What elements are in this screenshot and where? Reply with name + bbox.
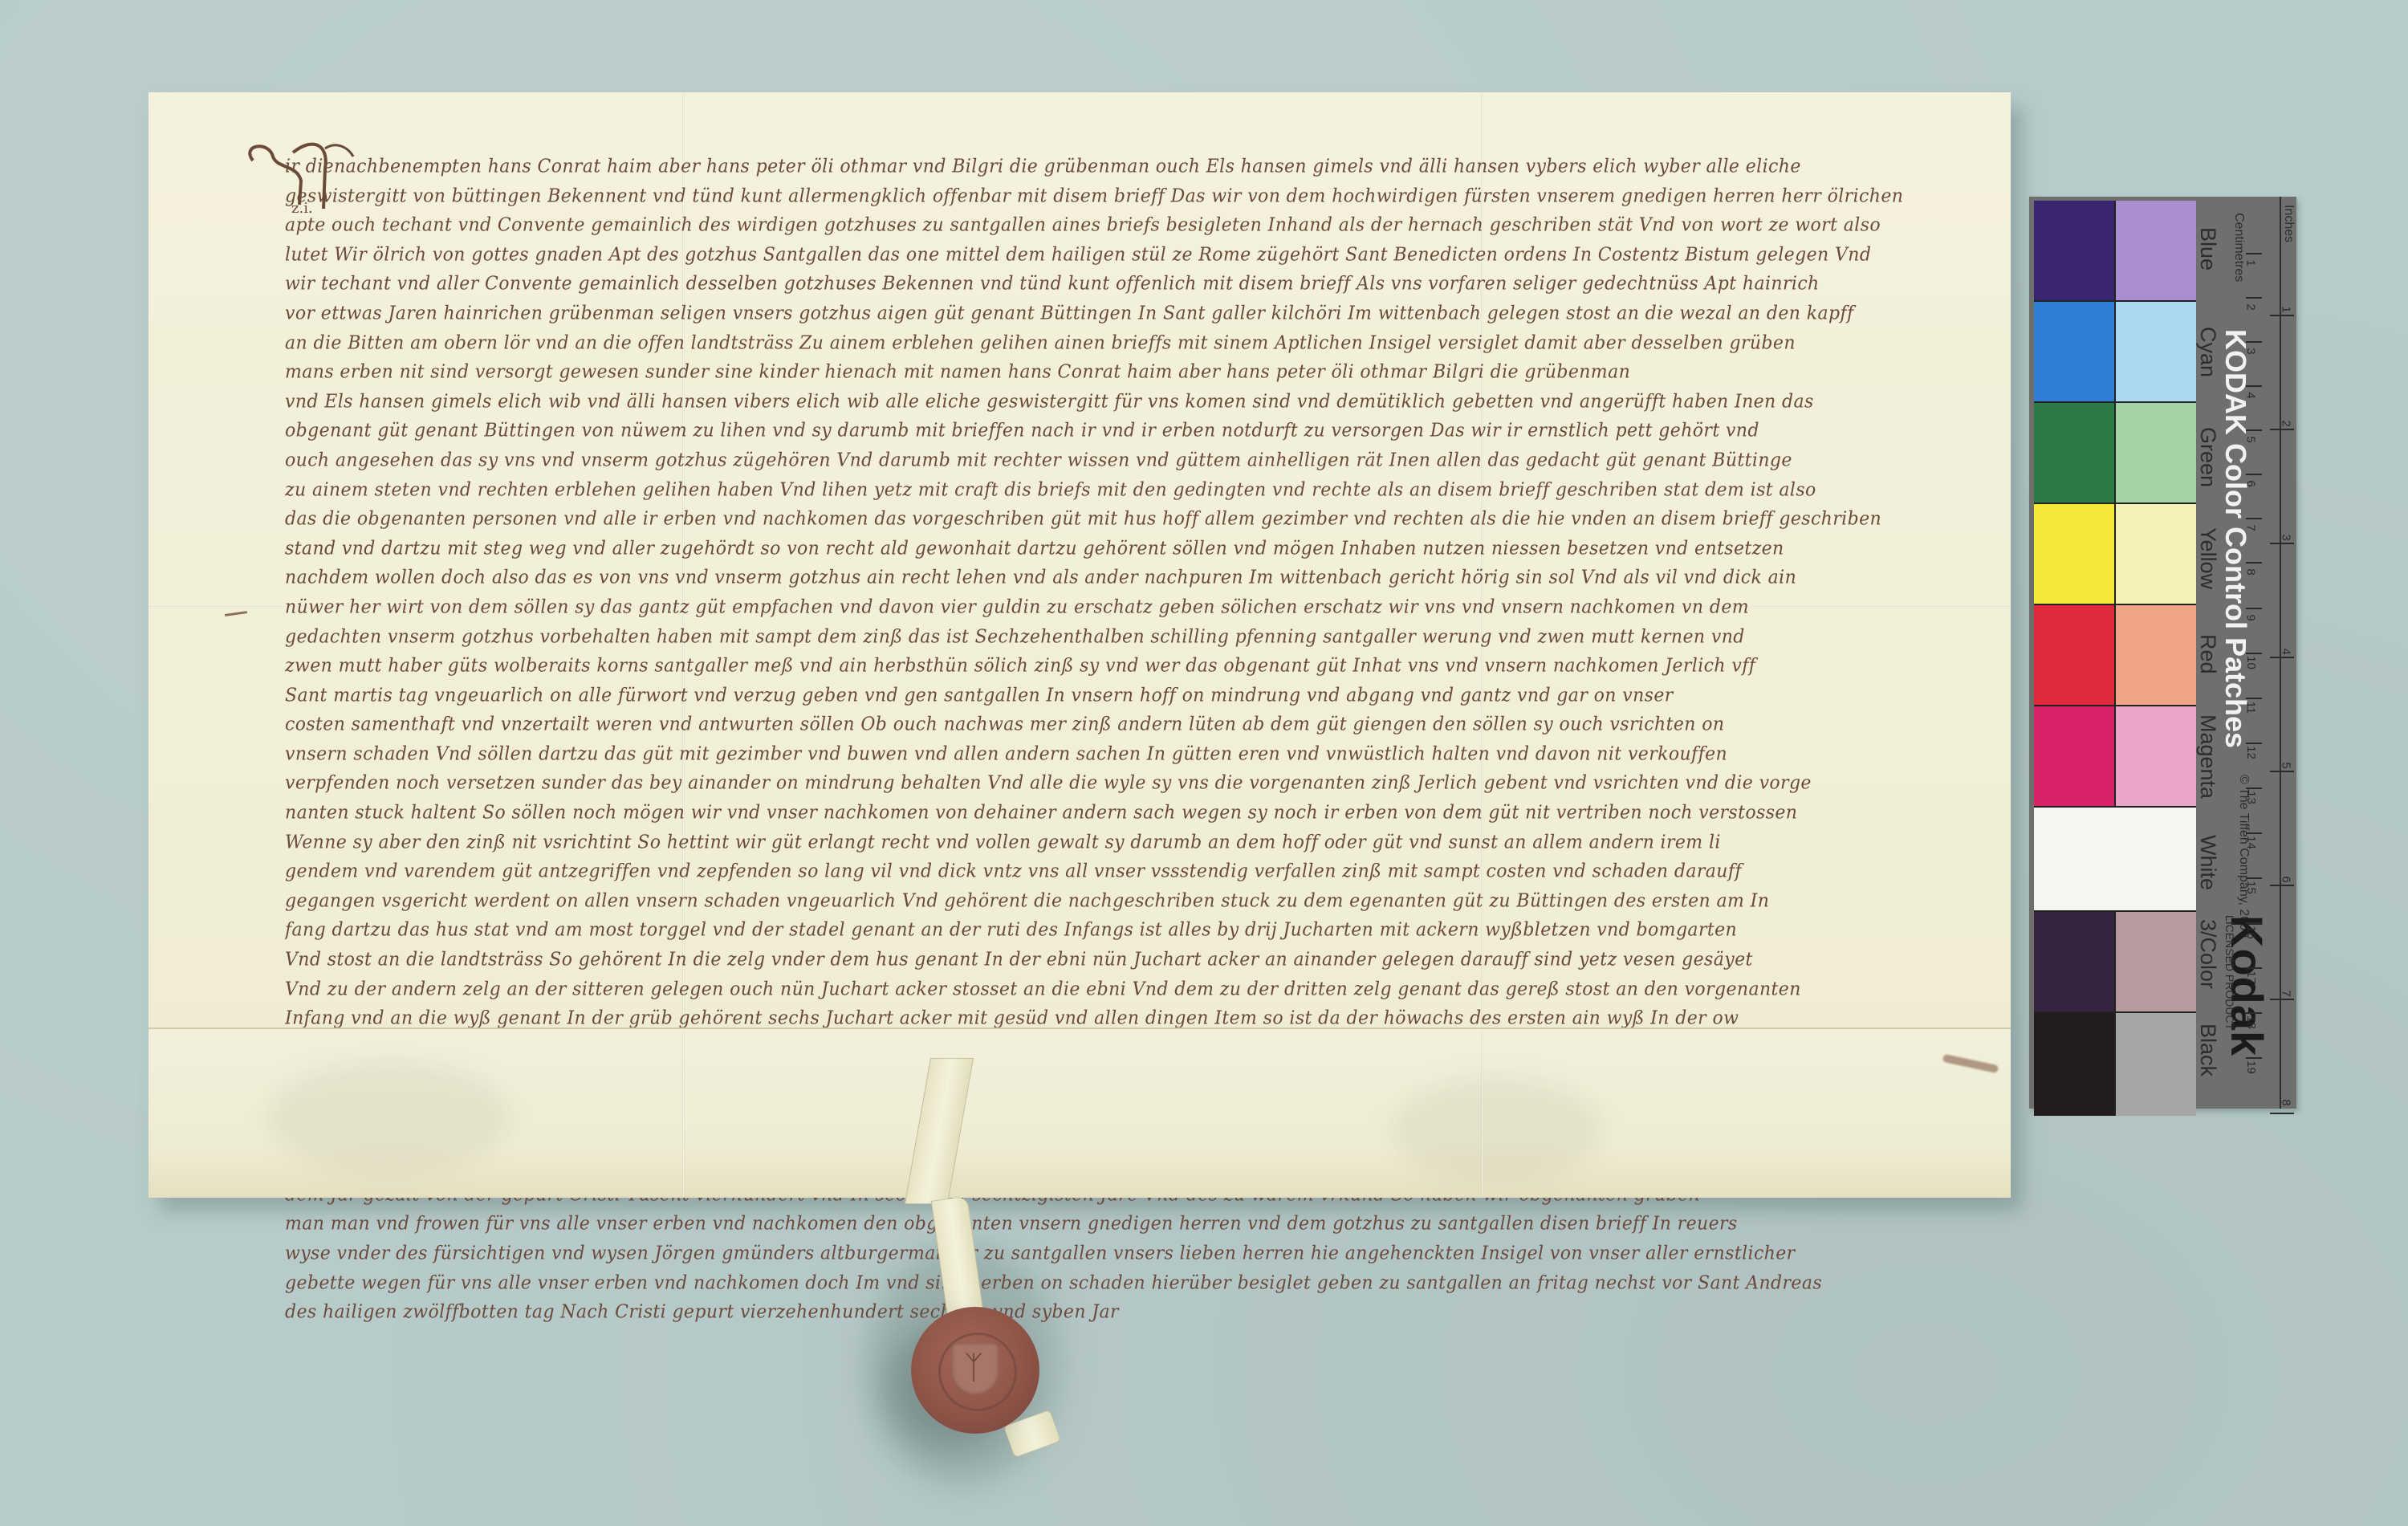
patch-yellow-light xyxy=(2116,504,2196,604)
charter-line: nanten stuck haltent So söllen noch möge… xyxy=(285,798,1967,828)
charter-line: gebette wegen für vns alle vnser erben v… xyxy=(285,1268,1967,1299)
cm-tick xyxy=(2246,877,2262,879)
cm-tick xyxy=(2246,608,2262,609)
cm-tick xyxy=(2246,967,2262,969)
cm-number: 12 xyxy=(2244,746,2258,759)
label-3color: 3/Color xyxy=(2195,919,2220,989)
patch-yellow-dark xyxy=(2034,504,2116,604)
inch-number: 6 xyxy=(2280,876,2293,882)
charter-line: man man vnd frowen für vns alle vnser er… xyxy=(285,1209,1967,1239)
patch-cyan-dark xyxy=(2034,302,2116,401)
inch-tick xyxy=(2270,657,2294,658)
charter-line: gegangen vsgericht werdent on allen vnse… xyxy=(285,886,1967,917)
label-magenta: Magenta xyxy=(2195,714,2220,799)
patch-blue-light xyxy=(2116,201,2196,300)
charter-line: zu ainem steten vnd rechten erblehen gel… xyxy=(285,475,1967,506)
patch-row-green xyxy=(2034,403,2196,504)
seal-device-icon: ᛉ xyxy=(964,1352,983,1384)
charter-line: ouch angesehen das sy vns vnd vnserm got… xyxy=(285,446,1967,476)
charter-line: gedachten vnserm gotzhus vorbehalten hab… xyxy=(285,622,1967,653)
kodak-color-card: Blue Cyan Green Yellow Red Magenta White… xyxy=(2029,197,2296,1109)
charter-line: verpfenden noch versetzen sunder das bey… xyxy=(285,769,1967,800)
charter-line: das die obgenanten personen vnd alle ir … xyxy=(285,504,1967,535)
charter-line: costen samenthaft vnd vnzertailt weren v… xyxy=(285,710,1967,740)
cm-tick xyxy=(2246,1012,2262,1014)
charter-line: vor ettwas Jaren hainrichen grübenman se… xyxy=(285,299,1967,329)
color-patches xyxy=(2034,201,2196,1116)
inch-number: 8 xyxy=(2280,1099,2293,1105)
label-red: Red xyxy=(2195,634,2220,674)
inch-number: 1 xyxy=(2280,306,2293,312)
cm-number: 7 xyxy=(2244,524,2258,531)
patch-row-blue xyxy=(2034,201,2196,302)
cm-number: 18 xyxy=(2244,1015,2258,1029)
charter-line: stand vnd dartzu mit steg weg vnd aller … xyxy=(285,534,1967,564)
inch-number: 7 xyxy=(2280,990,2293,996)
cm-tick xyxy=(2246,698,2262,699)
label-yellow: Yellow xyxy=(2195,527,2220,589)
cm-tick xyxy=(2246,922,2262,924)
cm-number: 14 xyxy=(2244,836,2258,849)
label-cyan: Cyan xyxy=(2195,327,2220,377)
inch-number: 5 xyxy=(2280,762,2293,768)
patch-black-dark xyxy=(2034,1013,2116,1116)
cm-tick xyxy=(2246,653,2262,654)
charter-line: nachdem wollen doch also das es von vns … xyxy=(285,563,1967,593)
label-black: Black xyxy=(2195,1023,2220,1076)
patch-black-light xyxy=(2116,1013,2196,1116)
cm-number: 8 xyxy=(2244,568,2258,575)
cm-tick xyxy=(2246,385,2262,387)
charter-line: apte ouch techant vnd Convente gemainlic… xyxy=(285,210,1967,241)
stain xyxy=(269,1061,510,1174)
cm-number: 3 xyxy=(2244,348,2258,354)
charter-line: vnd Els hansen gimels elich wib vnd älli… xyxy=(285,387,1967,417)
charter-line: nüwer her wirt von dem söllen sy das gan… xyxy=(285,592,1967,623)
label-centimetres: Centimetres xyxy=(2231,213,2246,282)
label-green: Green xyxy=(2195,427,2220,487)
cm-number: 15 xyxy=(2244,881,2258,894)
charter-line: Vnd stost an die landtsträss So gehörent… xyxy=(285,945,1967,975)
patch-cyan-light xyxy=(2116,302,2196,401)
inch-number: 4 xyxy=(2280,648,2293,654)
charter-line: ir dienachbenempten hans Conrat haim abe… xyxy=(285,152,1967,182)
stain xyxy=(1393,1077,1601,1182)
cm-number: 19 xyxy=(2244,1060,2258,1074)
cm-tick xyxy=(2246,743,2262,744)
cm-number: 9 xyxy=(2244,614,2258,621)
label-white: White xyxy=(2195,835,2220,890)
ink-smear xyxy=(1942,1054,1999,1073)
charter-line: zwen mutt haber güts wolberaits korns sa… xyxy=(285,651,1967,682)
licensed-product: LICENSED PRODUCT xyxy=(2223,915,2236,1030)
charter-line: geswistergitt von büttingen Bekennent vn… xyxy=(285,181,1967,212)
charter-line: des hailigen zwölffbotten tag Nach Crist… xyxy=(285,1297,1168,1328)
patch-magenta-dark xyxy=(2034,706,2116,806)
patch-red-dark xyxy=(2034,605,2116,705)
charter-line: gendem vnd varendem güt antzegriffen vnd… xyxy=(285,857,1967,887)
patch-3color-dark xyxy=(2034,912,2116,1011)
inch-number: 3 xyxy=(2280,534,2293,540)
inch-tick xyxy=(2270,429,2294,430)
charter-line: wyse vnder des fürsichtigen vnd wysen Jö… xyxy=(285,1239,1967,1269)
charter-line: vnsern schaden Vnd söllen dartzu das güt… xyxy=(285,739,1967,770)
inch-number: 2 xyxy=(2280,420,2293,426)
charter-line: mans erben nit sind versorgt gewesen sun… xyxy=(285,357,1967,388)
wax-seal: ᛉ xyxy=(911,1307,1039,1434)
cm-number: 11 xyxy=(2243,702,2257,714)
inch-tick xyxy=(2270,885,2294,886)
cm-tick xyxy=(2246,253,2262,254)
cm-tick xyxy=(2246,1057,2262,1059)
cm-tick xyxy=(2246,429,2262,431)
inch-tick xyxy=(2270,999,2294,1000)
cm-number: 13 xyxy=(2244,791,2258,804)
margin-mark xyxy=(225,611,247,617)
vertical-fold xyxy=(1481,1029,1483,1198)
cm-number: 1 xyxy=(2244,259,2258,266)
cm-number: 17 xyxy=(2244,971,2258,984)
patch-row-yellow xyxy=(2034,504,2196,605)
cm-tick xyxy=(2246,297,2262,299)
label-blue: Blue xyxy=(2195,227,2220,271)
patch-row-black xyxy=(2034,1013,2196,1116)
inch-tick xyxy=(2270,771,2294,772)
patch-red-light xyxy=(2116,605,2196,705)
charter-line: wir techant vnd aller Convente gemainlic… xyxy=(285,269,1967,299)
charter-line: Sant martis tag vngeuarlich on alle fürw… xyxy=(285,681,1967,711)
patch-green-light xyxy=(2116,403,2196,503)
cm-number: 6 xyxy=(2244,480,2258,486)
patch-row-magenta xyxy=(2034,706,2196,808)
charter-line: Vnd zu der andern zelg an der sitteren g… xyxy=(285,975,1967,1005)
inch-tick xyxy=(2270,1113,2294,1114)
patch-row-3color xyxy=(2034,912,2196,1013)
parchment-charter: z.i. ir dienachbenempten hans Conrat hai… xyxy=(148,92,2011,1196)
cm-number: 16 xyxy=(2244,926,2258,939)
cm-number: 10 xyxy=(2244,656,2258,669)
cm-tick xyxy=(2246,832,2262,834)
charter-line: fang dartzu das hus stat vnd am most tor… xyxy=(285,916,1967,946)
patch-green-dark xyxy=(2034,403,2116,503)
cm-tick xyxy=(2246,341,2262,343)
cm-tick xyxy=(2246,562,2262,564)
patch-row-cyan xyxy=(2034,302,2196,403)
vertical-fold xyxy=(682,1029,685,1198)
cm-tick xyxy=(2246,787,2262,789)
inch-tick xyxy=(2270,315,2294,316)
ruler-strip: Blue Cyan Green Yellow Red Magenta White… xyxy=(2196,197,2296,1109)
plica-fold xyxy=(148,1028,2011,1198)
cm-number: 2 xyxy=(2244,303,2258,310)
label-inches: Inches xyxy=(2281,205,2296,242)
patch-blue-dark xyxy=(2034,201,2116,300)
charter-line: an die Bitten am obern lör vnd an die of… xyxy=(285,328,1967,359)
cm-tick xyxy=(2246,518,2262,519)
patch-3color-light xyxy=(2116,912,2196,1011)
cm-tick xyxy=(2246,474,2262,475)
charter-line: lutet Wir ölrich von gottes gnaden Apt d… xyxy=(285,240,1967,271)
patch-row-red xyxy=(2034,605,2196,706)
charter-line: obgenant güt genant Büttingen von nüwem … xyxy=(285,416,1967,446)
charter-line: Wenne sy aber den zinß nit vsrichtint So… xyxy=(285,828,1967,858)
inch-tick xyxy=(2270,543,2294,544)
cm-number: 5 xyxy=(2244,436,2258,442)
cm-number: 4 xyxy=(2244,392,2258,398)
patch-white xyxy=(2034,808,2196,912)
patch-magenta-light xyxy=(2116,706,2196,806)
